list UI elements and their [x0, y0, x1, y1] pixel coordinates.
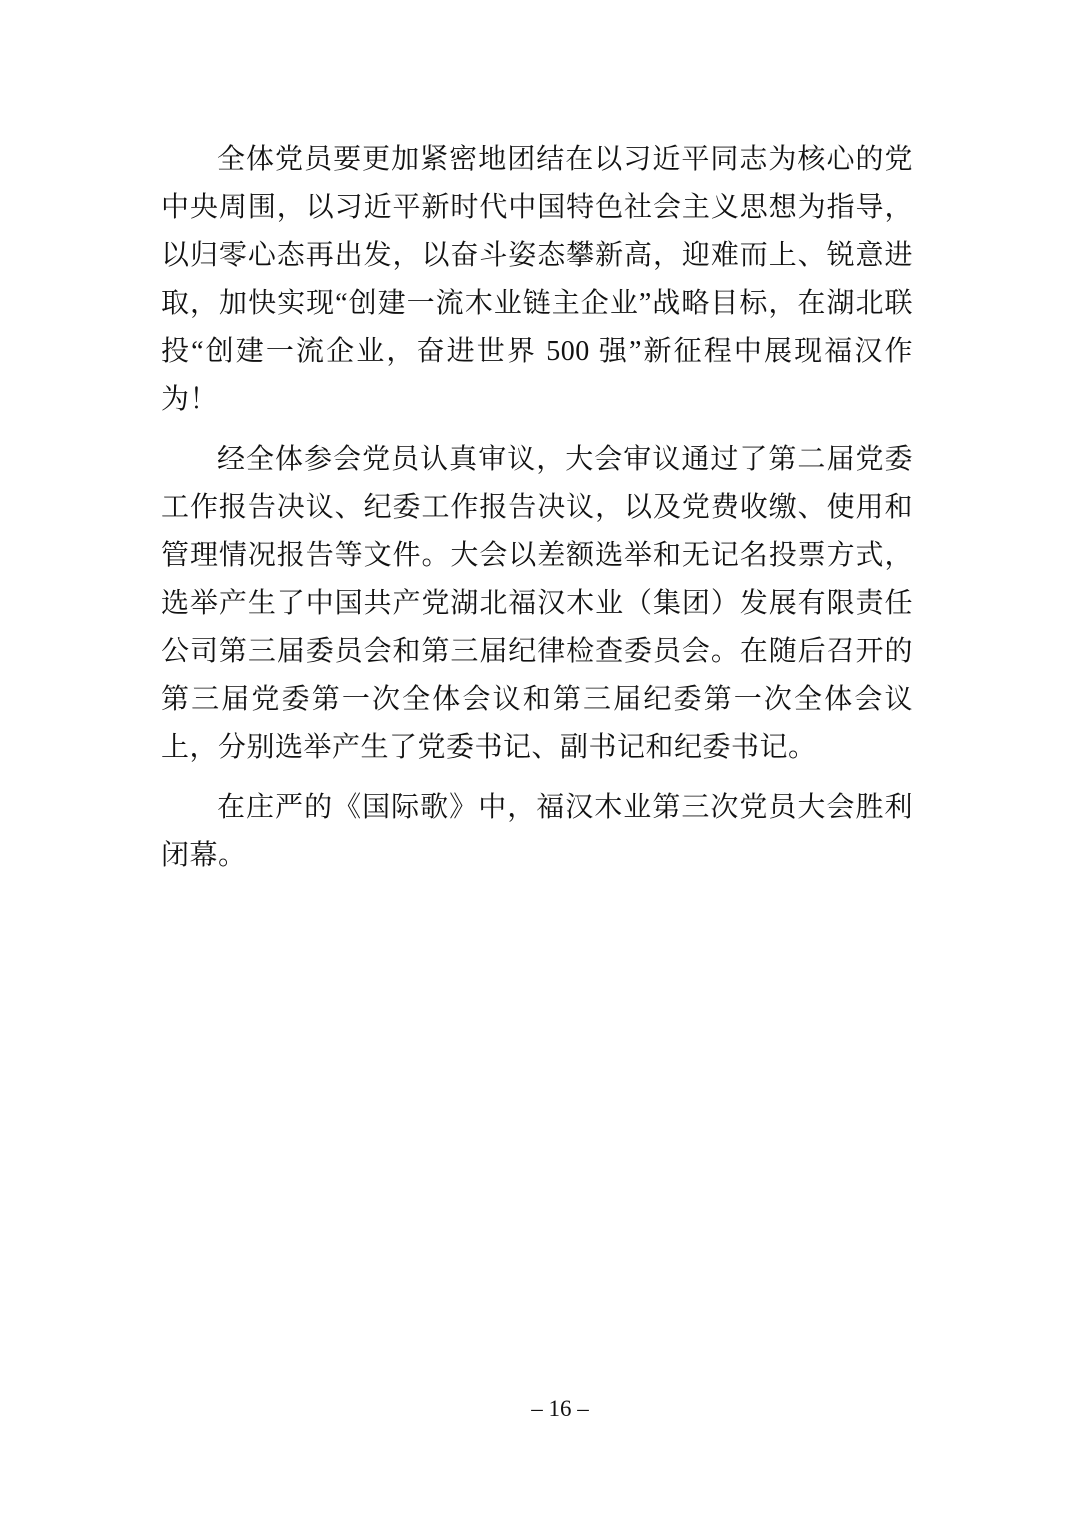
document-body: 全体党员要更加紧密地团结在以习近平同志为核心的党中央周围，以习近平新时代中国特色… — [161, 136, 913, 892]
page-number: – 16 – — [0, 1394, 1074, 1424]
document-page: 全体党员要更加紧密地团结在以习近平同志为核心的党中央周围，以习近平新时代中国特色… — [0, 0, 1074, 1520]
paragraph-2: 经全体参会党员认真审议，大会审议通过了第二届党委工作报告决议、纪委工作报告决议，… — [161, 436, 913, 772]
paragraph-1: 全体党员要更加紧密地团结在以习近平同志为核心的党中央周围，以习近平新时代中国特色… — [161, 136, 913, 424]
paragraph-3: 在庄严的《国际歌》中，福汉木业第三次党员大会胜利闭幕。 — [161, 784, 913, 880]
